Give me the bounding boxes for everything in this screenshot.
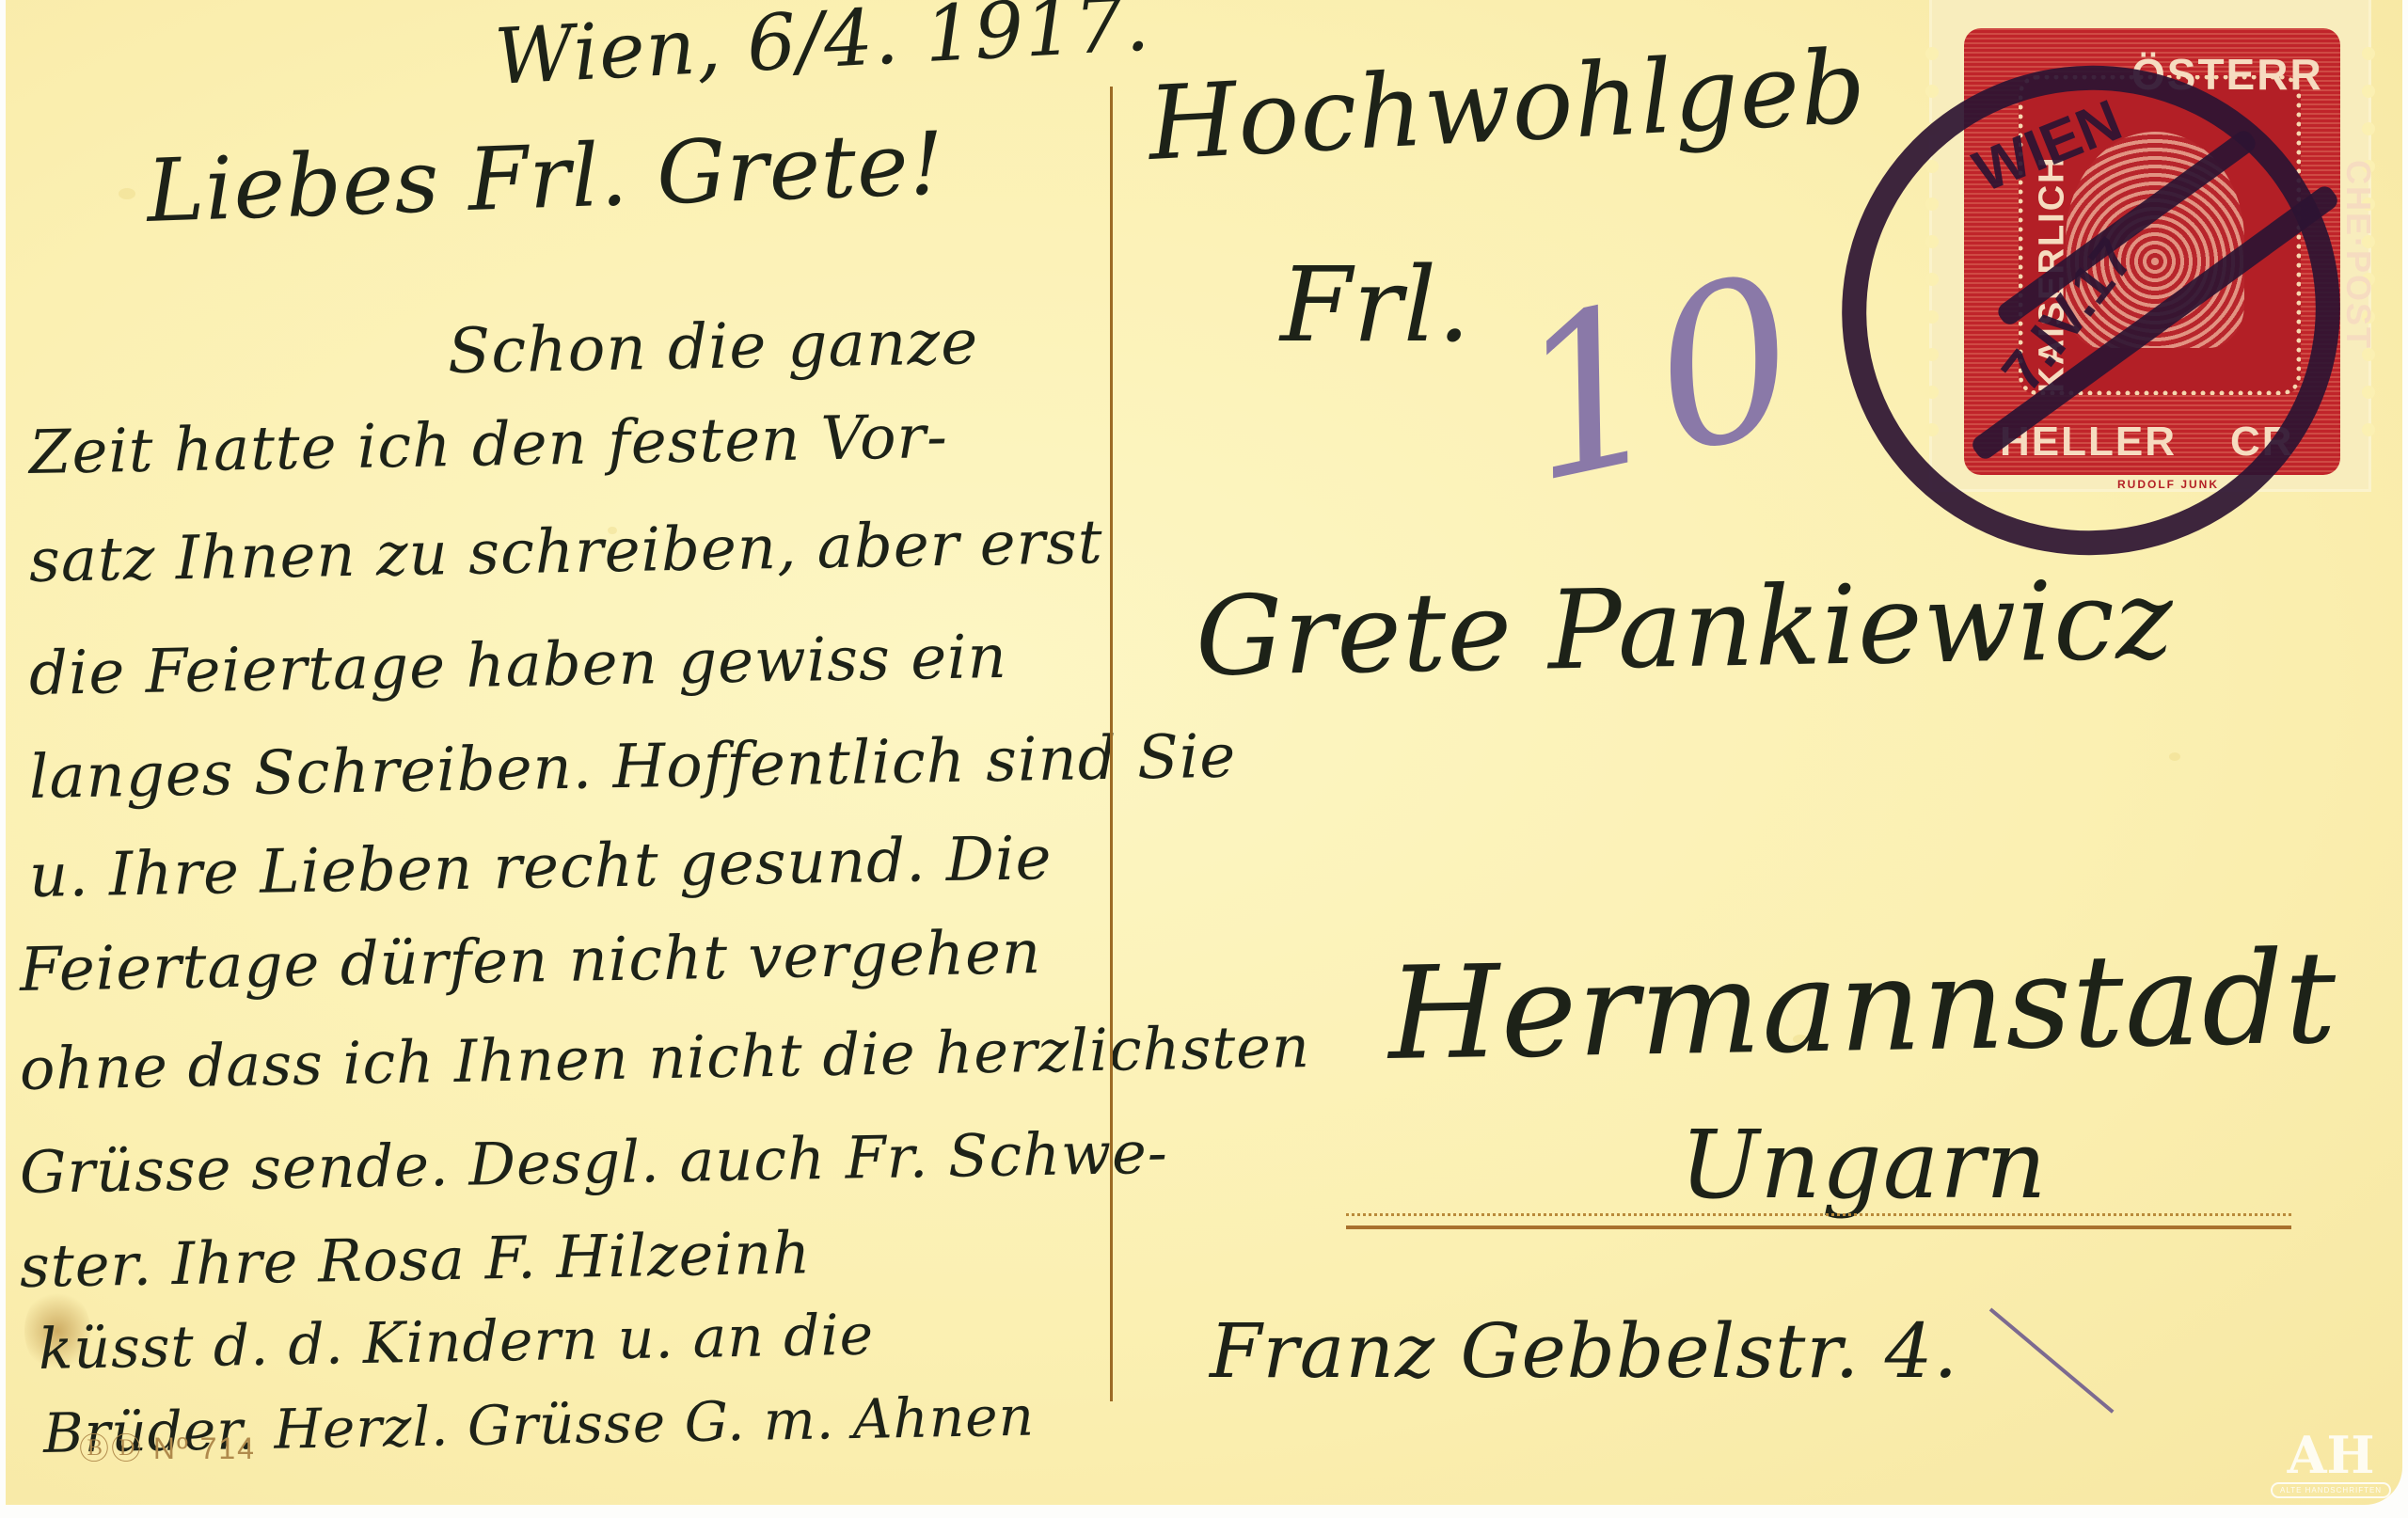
publisher-imprint: ⒷⒹ Nº 714 bbox=[79, 1425, 256, 1468]
letter-line: satz Ihnen zu schreiben, aber erst bbox=[28, 508, 1103, 596]
letter-line: Feiertage dürfen nicht vergehen bbox=[19, 918, 1041, 1005]
address-country: Ungarn bbox=[1680, 1110, 2048, 1220]
letter-line: Grüsse sende. Desgl. auch Fr. Schwe- bbox=[19, 1118, 1168, 1207]
letter-line: Zeit hatte ich den festen Vor- bbox=[28, 403, 948, 488]
address-title: Frl. bbox=[1280, 245, 1471, 365]
dateline: Wien, 6/4. 1917. bbox=[493, 0, 1152, 103]
address-honorific: Hochwohlgeb bbox=[1146, 28, 1869, 183]
letter-line: langes Schreiben. Hoffentlich sind Sie bbox=[28, 722, 1236, 813]
letter-line: Schon die ganze bbox=[447, 306, 979, 387]
letter-line: ster. Ihre Rosa F. Hilzeinh bbox=[19, 1218, 811, 1301]
letter-line: ohne dass ich Ihnen nicht die herzlichst… bbox=[19, 1012, 1310, 1103]
collection-watermark: AH ALTE HANDSCHRIFTEN bbox=[2271, 1430, 2391, 1498]
postcard: Wien, 6/4. 1917. Liebes Frl. Grete! Scho… bbox=[6, 0, 2402, 1505]
pencil-strike bbox=[1989, 1307, 2115, 1413]
address-rule-dotted bbox=[1346, 1213, 2291, 1216]
paper-speck bbox=[2169, 752, 2180, 761]
address-street: Franz Gebbelstr. 4. bbox=[1210, 1307, 1958, 1395]
center-divider-line bbox=[1110, 87, 1113, 1401]
pencil-rate-mark: 10 bbox=[1500, 246, 1814, 515]
letter-line: u. Ihre Lieben recht gesund. Die bbox=[28, 824, 1053, 911]
address-rule bbox=[1346, 1225, 2291, 1229]
salutation: Liebes Frl. Grete! bbox=[145, 113, 946, 242]
address-city: Hermannstadt bbox=[1387, 924, 2338, 1089]
watermark-monogram: AH bbox=[2271, 1430, 2391, 1480]
letter-line: die Feiertage haben gewiss ein bbox=[28, 623, 1007, 709]
letter-line: küsst d. d. Kindern u. an die bbox=[38, 1303, 874, 1383]
stamp-right-text: CHE·POST bbox=[2338, 160, 2378, 350]
address-recipient: Grete Pankiewicz bbox=[1195, 557, 2175, 701]
paper-speck bbox=[119, 188, 135, 199]
